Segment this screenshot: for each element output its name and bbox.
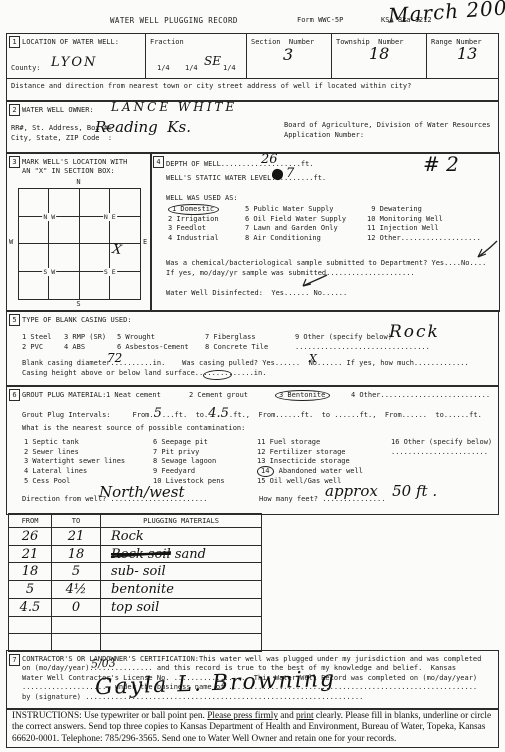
casing-option: 1 Steel xyxy=(22,333,52,341)
contamination-option: 4 Lateral lines xyxy=(24,467,125,477)
distance-question: Distance and direction from nearest town… xyxy=(11,82,411,90)
use-option: 3 Feedlot xyxy=(168,224,219,234)
application-number-label: Application Number: xyxy=(284,131,364,139)
section-1-number: 1 xyxy=(9,36,20,48)
well-used-as-label: WELL WAS USED AS: xyxy=(166,194,238,202)
section-3-title-line1: MARK WELL'S LOCATION WITH xyxy=(22,158,127,166)
water-well-plugging-record-form: WATER WELL PLUGGING RECORD Form WWC-5P K… xyxy=(0,0,505,752)
column-header-from: FROM xyxy=(9,514,52,527)
casing-pulled-no-x-mark: X xyxy=(309,353,317,364)
section-5-number: 5 xyxy=(9,314,20,326)
table-row: 18 5 sub- soil xyxy=(9,563,261,581)
section-2-owner: 2 WATER WELL OWNER: LANCE WHITE RR#, St.… xyxy=(6,100,499,154)
scratched-out-text: Rock soil xyxy=(111,548,171,561)
column-header-to: TO xyxy=(52,514,101,527)
casing-option: 3 RMP (SR) xyxy=(64,333,106,341)
section-7-number: 7 xyxy=(9,654,20,666)
static-water-level-line: WELL'S STATIC WATER LEVEL..........ft. xyxy=(166,174,326,182)
section-4-number: 4 xyxy=(153,156,164,168)
table-row: 26 21 Rock xyxy=(9,528,261,546)
section-3-location-grid: 3 MARK WELL'S LOCATION WITH AN "X" IN SE… xyxy=(6,152,152,312)
use-option: 2 Irrigation xyxy=(168,215,219,225)
contamination-option: 11 Fuel storage xyxy=(257,438,363,448)
compass-west-label: W xyxy=(9,238,13,246)
handwritten-date: March 2003 xyxy=(387,0,505,26)
use-option: 11 Injection Well xyxy=(367,224,481,234)
contamination-option: 2 Sewer lines xyxy=(24,448,125,458)
contamination-option-other: 16 Other (specify below) xyxy=(391,438,492,448)
contamination-col1: 1 Septic tank 2 Sewer lines 3 Watertight… xyxy=(24,438,125,487)
handwritten-arrow-to-no xyxy=(473,239,499,261)
table-row: 5 4½ bentonite xyxy=(9,581,261,599)
casing-diameter-value: 72 xyxy=(107,352,122,364)
interval-to-value: 4.5 xyxy=(208,407,229,420)
contamination-col3: 11 Fuel storage 12 Fertilizer storage 13… xyxy=(257,438,363,487)
well-location-x-mark: X xyxy=(112,242,123,256)
quadrant-nw-label: N W xyxy=(42,213,56,221)
agency-label: Board of Agriculture, Division of Water … xyxy=(284,121,491,129)
instructions-box: INSTRUCTIONS: Use typewriter or ball poi… xyxy=(6,708,499,748)
other-dotted-line: ................................ xyxy=(295,343,430,351)
use-option: 9 Dewatering xyxy=(367,205,481,215)
section-grid: N W N E S W S E X xyxy=(18,188,141,300)
casing-option: 8 Concrete Tile xyxy=(205,343,268,351)
contamination-option: 9 Feedyard xyxy=(153,467,225,477)
use-options-col3: 9 Dewatering 10 Monitoring Well 11 Injec… xyxy=(367,205,481,243)
section-7-certification: 7 CONTRACTOR'S OR LANDOWNER'S CERTIFICAT… xyxy=(6,650,499,710)
section-5-title: TYPE OF BLANK CASING USED: xyxy=(22,316,132,324)
instructions-text: INSTRUCTIONS: Use typewriter or ball poi… xyxy=(7,709,498,747)
fraction-quarter-2: 1/4 xyxy=(185,64,198,72)
handwritten-arrow-to-yes xyxy=(299,273,329,289)
quadrant-se-label: S E xyxy=(103,268,117,276)
contamination-question: What is the nearest source of possible c… xyxy=(22,424,245,432)
divider xyxy=(426,34,427,78)
casing-option: 5 Wrought xyxy=(117,333,155,341)
grout-option-other: 4 Other.......................... xyxy=(351,391,490,399)
quadrant-ne-label: N E xyxy=(103,213,117,221)
casing-option-other: 9 Other (specify below) xyxy=(295,333,392,341)
use-option-domestic: 1 Domestic xyxy=(168,205,219,215)
county-label: County: xyxy=(11,64,41,72)
section-5-casing: 5 TYPE OF BLANK CASING USED: 1 Steel 3 R… xyxy=(6,310,499,387)
divider xyxy=(331,34,332,78)
disinfected-question: Water Well Disinfected: Yes...... No....… xyxy=(166,289,347,297)
quadrant-sw-label: S W xyxy=(42,268,56,276)
section-2-number: 2 xyxy=(9,104,20,116)
contamination-option-abandoned-well: 14 Abandoned water well xyxy=(257,467,363,477)
use-options-col1: 1 Domestic 2 Irrigation 3 Feedlot 4 Indu… xyxy=(168,205,219,243)
interval-from-value: 5 xyxy=(154,407,162,420)
section-3-number: 3 xyxy=(9,156,20,168)
owner-label: WATER WELL OWNER: xyxy=(22,106,94,114)
use-option: 7 Lawn and Garden Only xyxy=(245,224,346,234)
casing-option: 4 ABS xyxy=(64,343,85,351)
contamination-col4: 16 Other (specify below) ...............… xyxy=(391,438,492,457)
casing-option: 6 Asbestos-Cement xyxy=(117,343,189,351)
grout-option-bentonite: 3 Bentonite xyxy=(275,391,330,399)
completion-date-value: 5/03 xyxy=(91,657,116,669)
section-6-number: 6 xyxy=(9,389,20,401)
casing-option: 7 Fiberglass xyxy=(205,333,256,341)
divider xyxy=(145,34,146,78)
casing-diameter-line: Blank casing diameter..........in. Was c… xyxy=(22,359,469,367)
address-value: Reading Ks. xyxy=(95,120,191,135)
contamination-option: 3 Watertight sewer lines xyxy=(24,457,125,467)
plugging-materials-table: FROM TO PLUGGING MATERIALS 26 21 Rock 21… xyxy=(8,513,262,652)
form-title: WATER WELL PLUGGING RECORD xyxy=(110,16,238,25)
use-option: 5 Public Water Supply xyxy=(245,205,346,215)
contamination-option: 7 Pit privy xyxy=(153,448,225,458)
section-1-title: LOCATION OF WATER WELL: xyxy=(22,38,119,46)
contamination-option: 13 Insecticide storage xyxy=(257,457,363,467)
section-6-grout: 6 GROUT PLUG MATERIAL: 1 Neat cement 2 C… xyxy=(6,385,499,515)
divider xyxy=(246,34,247,78)
fraction-label: Fraction xyxy=(150,38,184,46)
oval-scribble xyxy=(203,369,232,380)
contamination-option: 12 Fertilizer storage xyxy=(257,448,363,458)
how-many-feet-value: approx 50 ft . xyxy=(325,484,437,499)
table-row-empty xyxy=(9,617,261,635)
divider xyxy=(7,78,498,79)
county-value: LYON xyxy=(51,56,97,69)
sample-date-line: If yes, mo/day/yr sample was submitted..… xyxy=(166,269,415,277)
table-header-row: FROM TO PLUGGING MATERIALS xyxy=(9,514,261,528)
section-number-value: 3 xyxy=(283,47,293,63)
owner-value: LANCE WHITE xyxy=(111,101,237,113)
use-option: 10 Monitoring Well xyxy=(367,215,481,225)
range-number-value: 13 xyxy=(457,46,477,62)
depth-of-well-value: 26 xyxy=(261,153,278,166)
handwritten-well-number: # 2 xyxy=(423,154,459,174)
static-water-level-value: 7 xyxy=(286,167,294,180)
section-4-well-data: 4 DEPTH OF WELL...................ft. 26… xyxy=(150,152,500,312)
direction-from-well-value: North/west xyxy=(99,485,185,500)
fraction-quarter-1: 1/4 xyxy=(157,64,170,72)
grout-intervals-line: Grout Plug Intervals: From. 5 ...ft. to.… xyxy=(22,407,482,420)
section-6-title: GROUT PLUG MATERIAL: xyxy=(22,391,106,399)
chemical-sample-question: Was a chemical/bacteriological sample su… xyxy=(166,259,486,267)
other-casing-value: Rock xyxy=(389,324,440,341)
table-row: 4.5 0 top soil xyxy=(9,599,261,617)
contamination-option: 6 Seepage pit xyxy=(153,438,225,448)
compass-south-label: S xyxy=(18,300,139,308)
column-header-materials: PLUGGING MATERIALS xyxy=(101,514,261,527)
fraction-handwritten: SE xyxy=(204,55,221,67)
casing-option: 2 PVC xyxy=(22,343,43,351)
contamination-col2: 6 Seepage pit 7 Pit privy 8 Sewage lagoo… xyxy=(153,438,225,487)
contamination-option: 1 Septic tank xyxy=(24,438,125,448)
use-option: 6 Oil Field Water Supply xyxy=(245,215,346,225)
use-option: 8 Air Conditioning xyxy=(245,234,346,244)
fraction-quarter-3: 1/4 xyxy=(223,64,236,72)
table-row: 21 18 Rock soil sand xyxy=(9,546,261,564)
section-1-location: 1 LOCATION OF WATER WELL: County: LYON F… xyxy=(6,33,499,102)
section-3-title-line2: AN "X" IN SECTION BOX: xyxy=(22,167,115,175)
other-dotted-line: ....................... xyxy=(391,448,492,458)
intervals-label: Grout Plug Intervals: xyxy=(22,411,111,419)
table-row-empty xyxy=(9,634,261,651)
township-number-value: 18 xyxy=(369,46,389,62)
compass-east-label: E xyxy=(143,238,147,246)
compass-north-label: N xyxy=(18,178,139,186)
grout-option: 2 Cement grout xyxy=(189,391,248,399)
use-option: 12 Other................... xyxy=(367,234,481,244)
grout-option: 1 Neat cement xyxy=(106,391,161,399)
use-option: 4 Industrial xyxy=(168,234,219,244)
use-options-col2: 5 Public Water Supply 6 Oil Field Water … xyxy=(245,205,346,243)
form-number: Form WWC-5P xyxy=(297,16,343,24)
contamination-option: 8 Sewage lagoon xyxy=(153,457,225,467)
